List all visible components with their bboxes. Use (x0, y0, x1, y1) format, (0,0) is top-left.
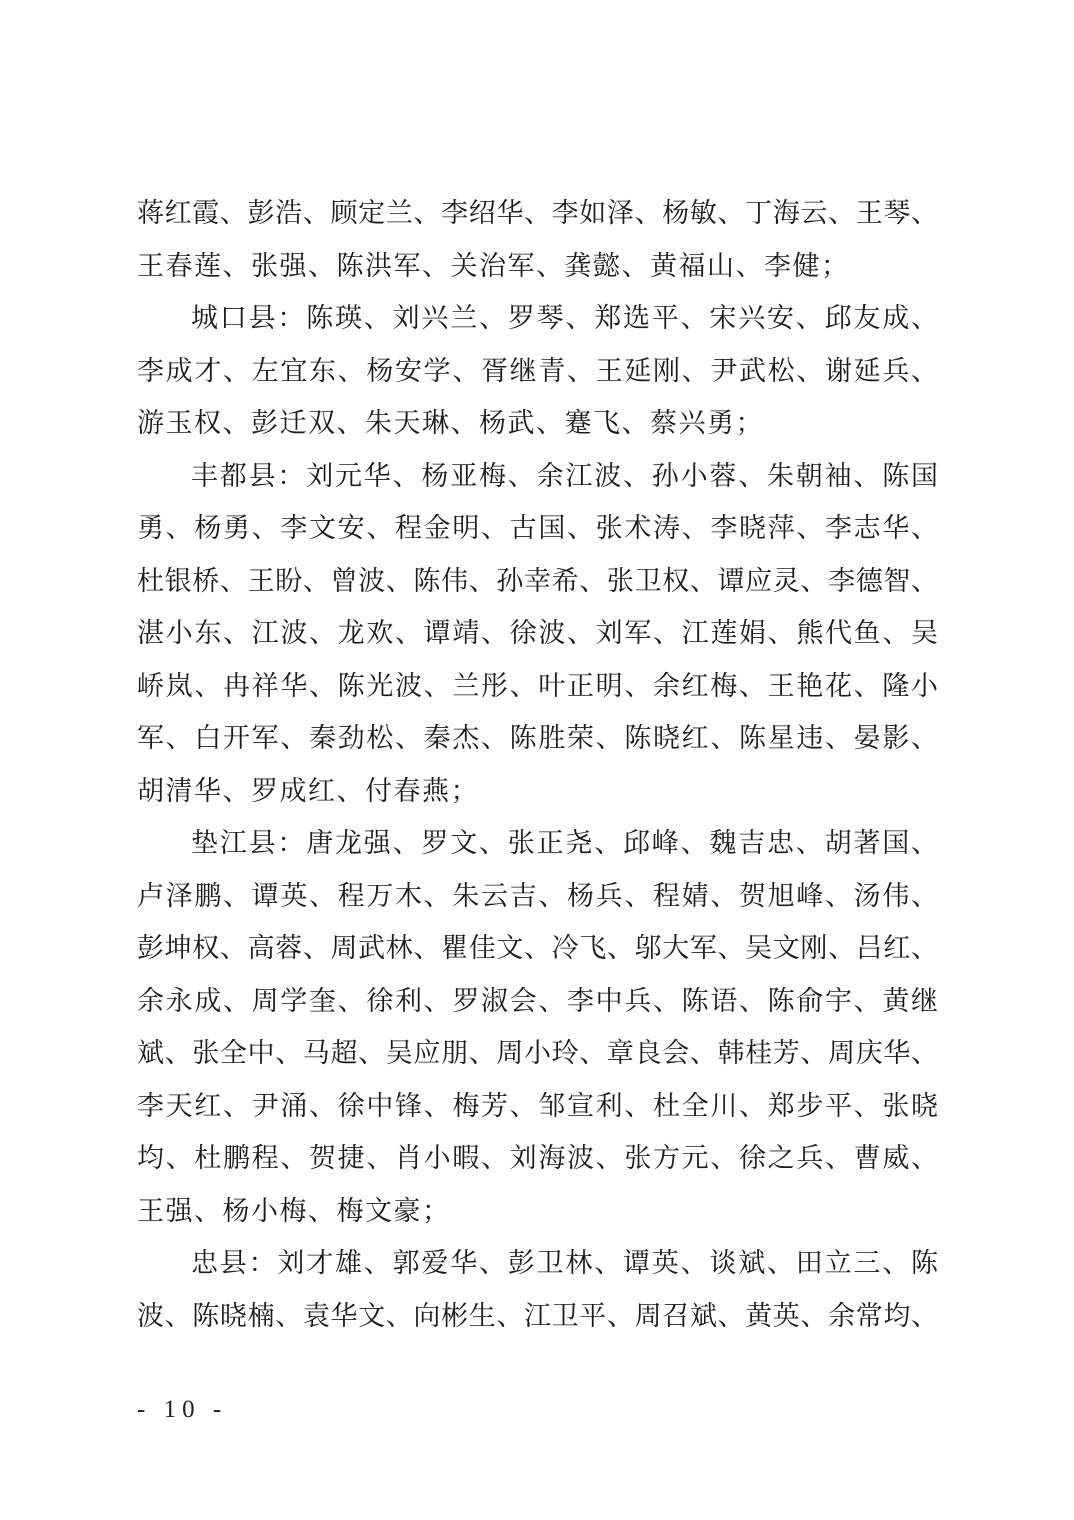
text-line: 蒋红霞、彭浩、顾定兰、李绍华、李如泽、杨敏、丁海云、王琴、 (137, 187, 938, 240)
text-line: 李天红、尹涌、徐中锋、梅芳、邹宣利、杜全川、郑步平、张晓 (137, 1080, 938, 1133)
text-line: 李成才、左宜东、杨安学、胥继青、王延刚、尹武松、谢延兵、 (137, 345, 938, 398)
paragraph: 垫江县：唐龙强、罗文、张正尧、邱峰、魏吉忠、胡著国、卢泽鹏、谭英、程万木、朱云吉… (137, 817, 938, 1237)
paragraph: 忠县：刘才雄、郭爱华、彭卫林、谭英、谈斌、田立三、陈波、陈晓楠、袁华文、向彬生、… (137, 1237, 938, 1342)
text-line: 城口县：陈瑛、刘兴兰、罗琴、郑选平、宋兴安、邱友成、 (137, 292, 938, 345)
paragraph: 城口县：陈瑛、刘兴兰、罗琴、郑选平、宋兴安、邱友成、李成才、左宜东、杨安学、胥继… (137, 292, 938, 450)
text-line: 王强、杨小梅、梅文豪； (137, 1185, 938, 1238)
text-line: 忠县：刘才雄、郭爱华、彭卫林、谭英、谈斌、田立三、陈 (137, 1237, 938, 1290)
text-line: 军、白开军、秦劲松、秦杰、陈胜荣、陈晓红、陈星违、晏影、 (137, 712, 938, 765)
text-line: 勇、杨勇、李文安、程金明、古国、张术涛、李晓萍、李志华、 (137, 502, 938, 555)
text-line: 峤岚、冉祥华、陈光波、兰彤、叶正明、余红梅、王艳花、隆小 (137, 660, 938, 713)
text-line: 胡清华、罗成红、付春燕； (137, 765, 938, 818)
text-line: 游玉权、彭迁双、朱天琳、杨武、蹇飞、蔡兴勇； (137, 397, 938, 450)
text-line: 斌、张全中、马超、吴应朋、周小玲、章良会、韩桂芳、周庆华、 (137, 1027, 938, 1080)
paragraph: 蒋红霞、彭浩、顾定兰、李绍华、李如泽、杨敏、丁海云、王琴、王春莲、张强、陈洪军、… (137, 187, 938, 292)
text-line: 卢泽鹏、谭英、程万木、朱云吉、杨兵、程婧、贺旭峰、汤伟、 (137, 870, 938, 923)
text-line: 均、杜鹏程、贺捷、肖小暇、刘海波、张方元、徐之兵、曹威、 (137, 1132, 938, 1185)
text-line: 杜银桥、王盼、曾波、陈伟、孙幸希、张卫权、谭应灵、李德智、 (137, 555, 938, 608)
text-line: 彭坤权、高蓉、周武林、瞿佳文、冷飞、邬大军、吴文刚、吕红、 (137, 922, 938, 975)
paragraph: 丰都县：刘元华、杨亚梅、余江波、孙小蓉、朱朝袖、陈国勇、杨勇、李文安、程金明、古… (137, 450, 938, 818)
text-line: 王春莲、张强、陈洪军、关治军、龚懿、黄福山、李健； (137, 240, 938, 293)
text-line: 波、陈晓楠、袁华文、向彬生、江卫平、周召斌、黄英、余常均、 (137, 1290, 938, 1343)
text-line: 湛小东、江波、龙欢、谭靖、徐波、刘军、江莲娟、熊代鱼、吴 (137, 607, 938, 660)
text-line: 余永成、周学奎、徐利、罗淑会、李中兵、陈语、陈俞宇、黄继 (137, 975, 938, 1028)
page-number: - 10 - (137, 1396, 227, 1424)
text-line: 丰都县：刘元华、杨亚梅、余江波、孙小蓉、朱朝袖、陈国 (137, 450, 938, 503)
document-page: 蒋红霞、彭浩、顾定兰、李绍华、李如泽、杨敏、丁海云、王琴、王春莲、张强、陈洪军、… (0, 0, 1074, 1520)
text-block: 蒋红霞、彭浩、顾定兰、李绍华、李如泽、杨敏、丁海云、王琴、王春莲、张强、陈洪军、… (137, 187, 938, 1342)
text-line: 垫江县：唐龙强、罗文、张正尧、邱峰、魏吉忠、胡著国、 (137, 817, 938, 870)
